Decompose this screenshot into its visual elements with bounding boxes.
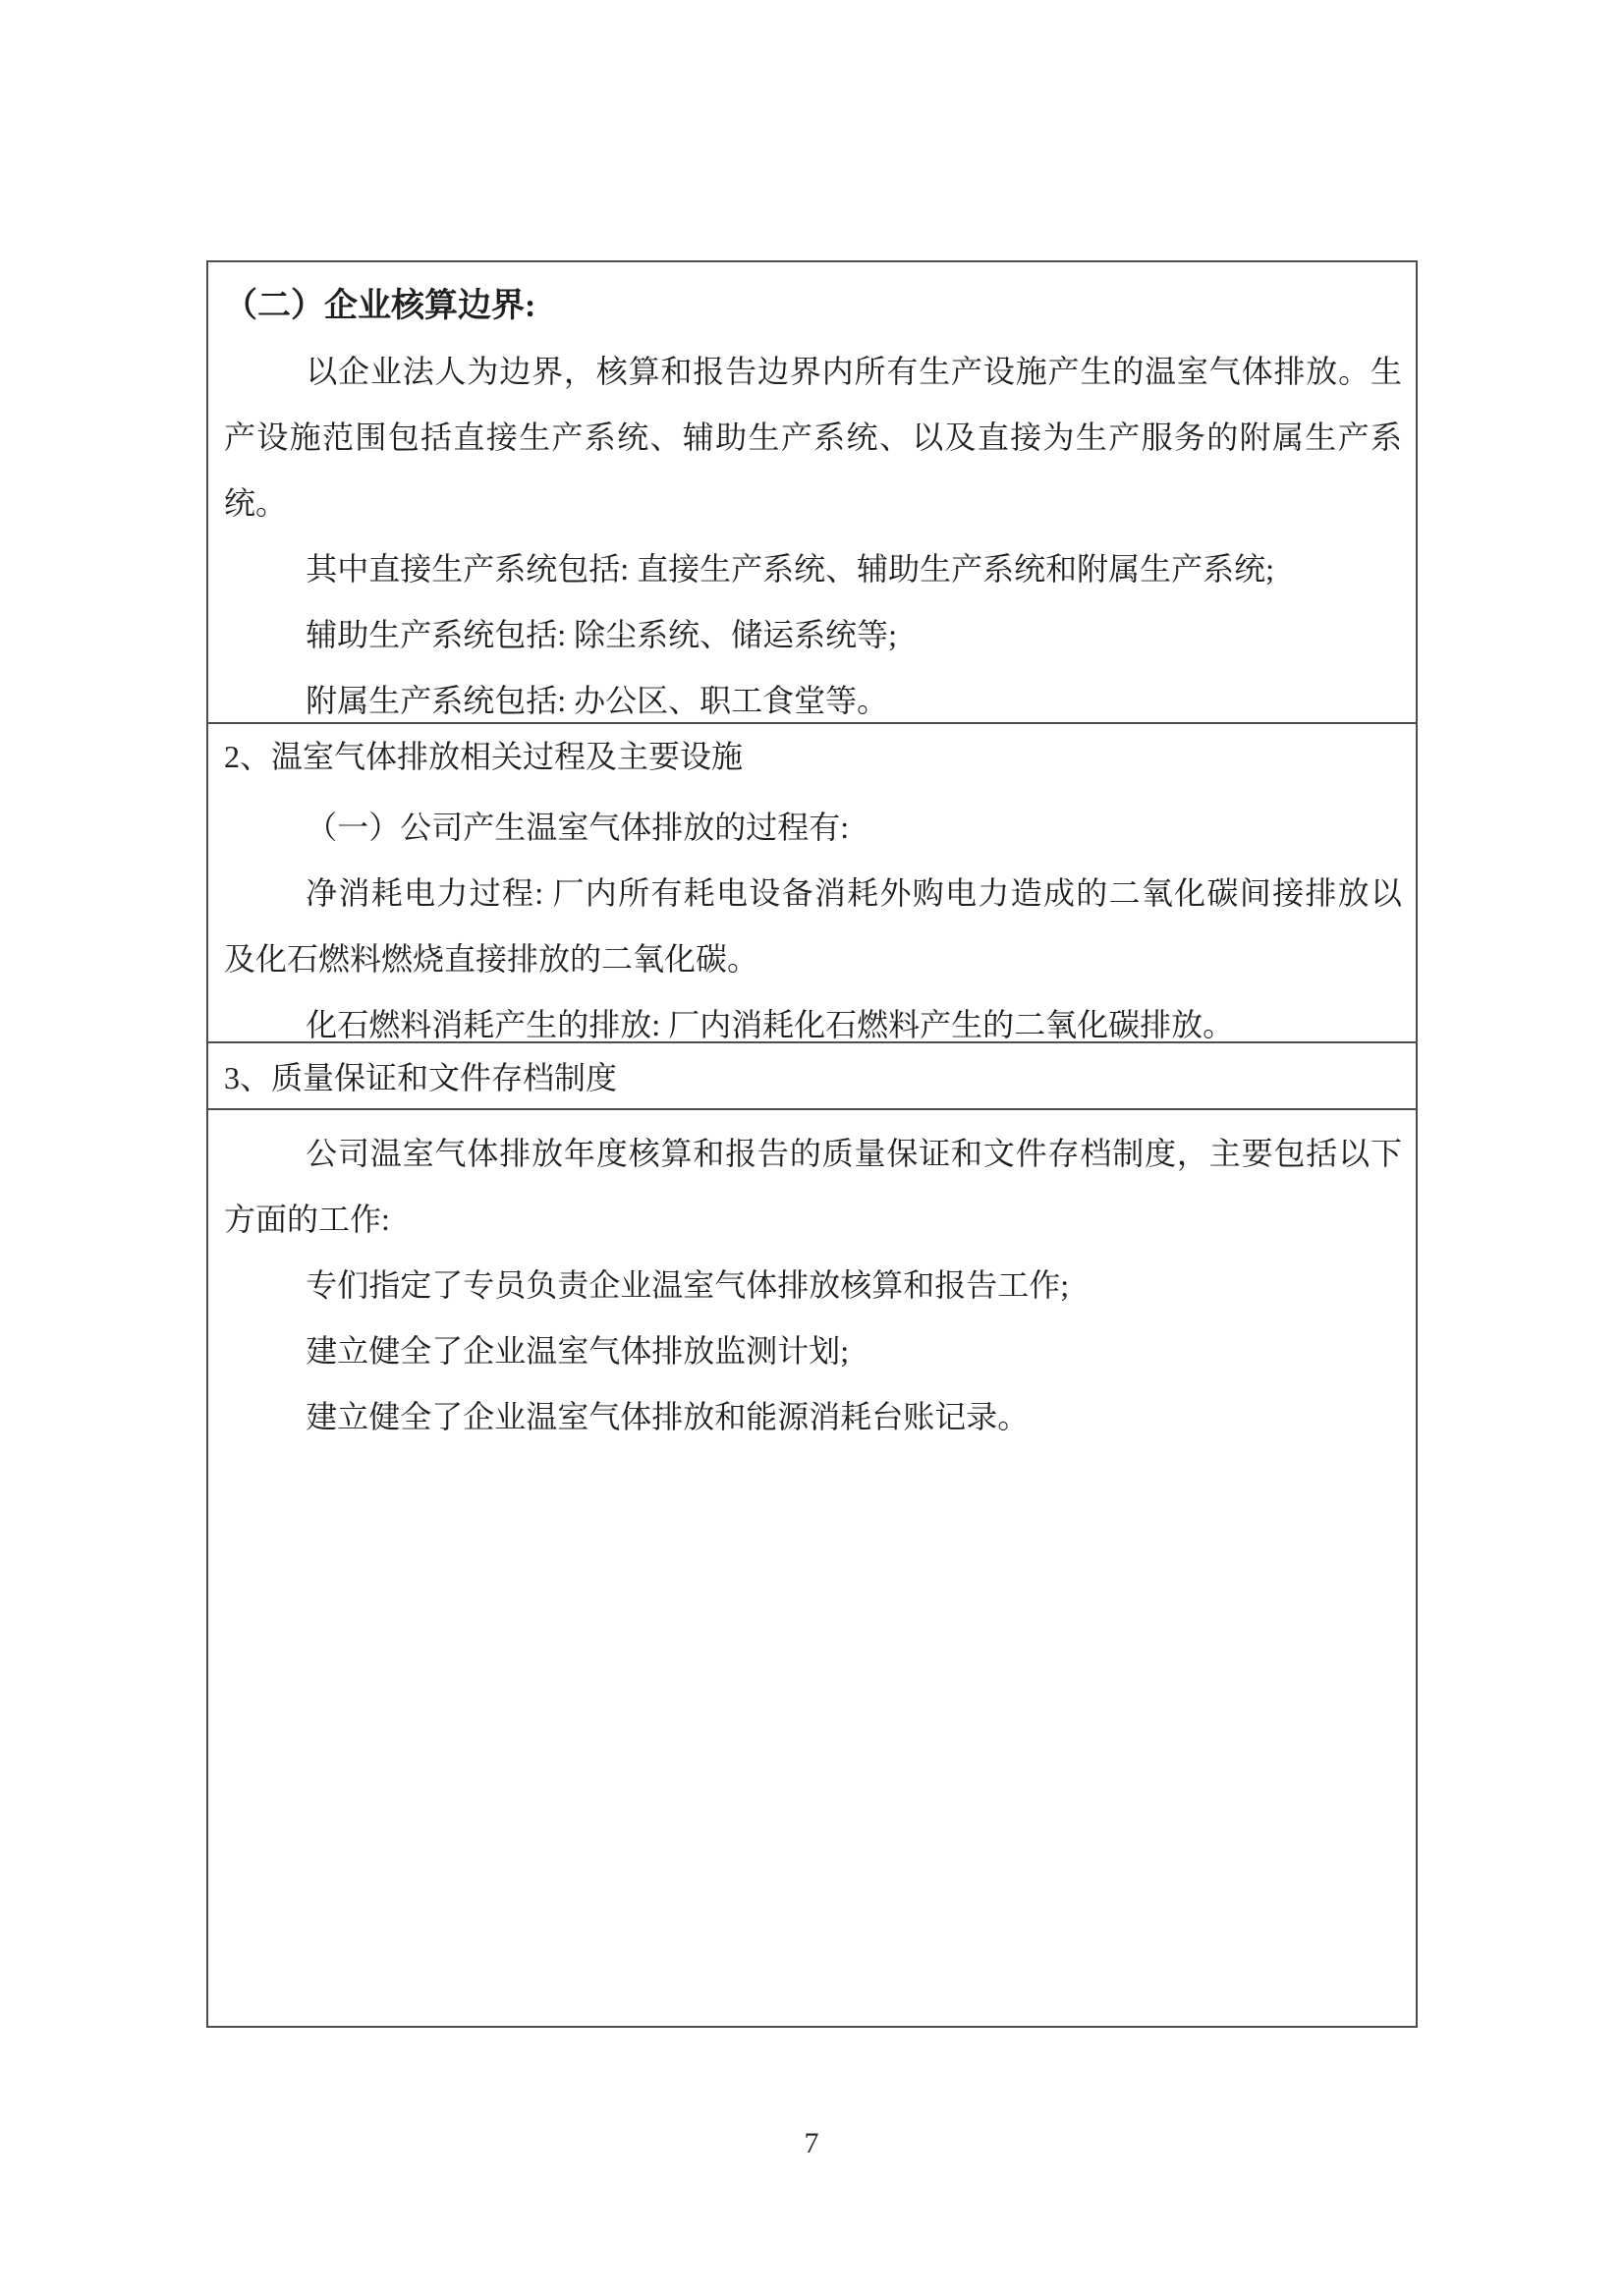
text-line: 专们指定了专员负责企业温室气体排放核算和报告工作; <box>224 1253 1402 1318</box>
section-header-label: 3、质量保证和文件存档制度 <box>224 1053 617 1098</box>
document-page: （二）企业核算边界: 以企业法人为边界，核算和报告边界内所有生产设施产生的温室气… <box>0 0 1623 2296</box>
text-line: 建立健全了企业温室气体排放监测计划; <box>224 1318 1402 1384</box>
section-header-label: 2、温室气体排放相关过程及主要设施 <box>224 732 743 777</box>
section-quality-assurance: 公司温室气体排放年度核算和报告的质量保证和文件存档制度，主要包括以下 方面的工作… <box>208 1108 1416 2024</box>
text-line: 统。 <box>224 471 1402 536</box>
section-header-quality-assurance: 3、质量保证和文件存档制度 <box>208 1041 1416 1108</box>
text-line: 以企业法人为边界，核算和报告边界内所有生产设施产生的温室气体排放。生 <box>224 339 1402 405</box>
text-line: 辅助生产系统包括: 除尘系统、储运系统等; <box>224 602 1402 668</box>
report-table: （二）企业核算边界: 以企业法人为边界，核算和报告边界内所有生产设施产生的温室气… <box>206 260 1418 2028</box>
section-title-accounting-boundary: （二）企业核算边界: <box>224 273 1402 339</box>
page-number: 7 <box>0 2124 1623 2163</box>
text-line: （一）公司产生温室气体排放的过程有: <box>224 795 1402 861</box>
text-line: 化石燃料消耗产生的排放: 厂内消耗化石燃料产生的二氧化碳排放。 <box>224 992 1402 1041</box>
text-line: 净消耗电力过程: 厂内所有耗电设备消耗外购电力造成的二氧化碳间接排放以 <box>224 861 1402 926</box>
section-header-emission-processes: 2、温室气体排放相关过程及主要设施 <box>208 722 1416 784</box>
text-line: 公司温室气体排放年度核算和报告的质量保证和文件存档制度，主要包括以下 <box>224 1121 1402 1187</box>
text-line: 产设施范围包括直接生产系统、辅助生产系统、以及直接为生产服务的附属生产系 <box>224 405 1402 471</box>
text-line: 附属生产系统包括: 办公区、职工食堂等。 <box>224 668 1402 722</box>
text-line: 建立健全了企业温室气体排放和能源消耗台账记录。 <box>224 1384 1402 1450</box>
section-emission-processes: （一）公司产生温室气体排放的过程有: 净消耗电力过程: 厂内所有耗电设备消耗外购… <box>208 784 1416 1041</box>
text-line: 方面的工作: <box>224 1187 1402 1253</box>
text-line: 及化石燃料燃烧直接排放的二氧化碳。 <box>224 926 1402 992</box>
text-line: 其中直接生产系统包括: 直接生产系统、辅助生产系统和附属生产系统; <box>224 536 1402 602</box>
section-accounting-boundary: （二）企业核算边界: 以企业法人为边界，核算和报告边界内所有生产设施产生的温室气… <box>208 262 1416 722</box>
